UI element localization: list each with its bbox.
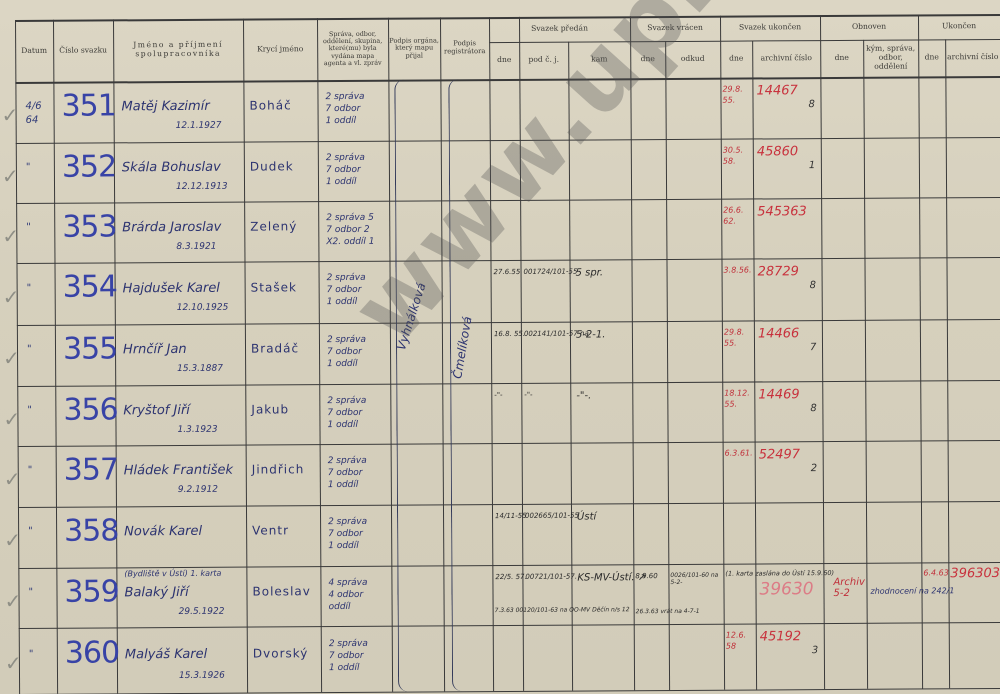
datum-cell: " xyxy=(26,161,46,175)
department-line: 1 oddíl xyxy=(328,479,359,491)
cover-name: Boháč xyxy=(249,99,291,113)
department-line: 1 oddíl xyxy=(327,419,358,431)
subheader-8: pod č. j. xyxy=(519,42,568,79)
predan-kam: Ústí xyxy=(577,511,596,522)
datum-cell: " xyxy=(27,343,47,357)
checkmark-icon: ✓ xyxy=(3,285,20,309)
cover-name: Ventr xyxy=(252,524,289,538)
header-jmeno: Jméno a příjmení spolupracovníka xyxy=(123,19,233,82)
datum-cell: " xyxy=(27,404,47,418)
collaborator-name: Novák Karel xyxy=(124,524,202,539)
archivni-cislo-sub: 7 xyxy=(810,342,816,353)
ukoncen-final-dne: 6.4.63 xyxy=(923,568,949,577)
cover-name: Dudek xyxy=(250,159,294,173)
collaborator-name: Hajdušek Karel xyxy=(123,280,220,296)
cover-name: Stašek xyxy=(251,280,297,294)
subheader-16: dne xyxy=(918,39,945,76)
checkmark-icon: ✓ xyxy=(2,103,19,127)
collaborator-name: Kryštof Jiří xyxy=(123,403,190,418)
vracen-dalsi: 26.3.63 vrát na 4-7-1 xyxy=(636,608,700,615)
header-podpis-registratora: Podpis registrátora xyxy=(440,17,489,79)
archivni-cislo: 28729 xyxy=(758,264,799,279)
predan-kam: 5-2-1. xyxy=(576,329,606,340)
cover-name: Bradáč xyxy=(251,342,299,356)
subheader-15: kým, správa, odbor, oddělení xyxy=(863,39,918,76)
ukoncen-final-poznamka: zhodnocení na 242/1 xyxy=(870,586,954,596)
svazek-number: 352 xyxy=(62,150,116,185)
department-line: 2 správa xyxy=(327,334,366,346)
header-svazek-predan: Svazek předán xyxy=(489,16,630,42)
datum-cell: " xyxy=(27,281,47,295)
predan-dne: 16.8. 55. xyxy=(494,330,525,338)
vracen-dne: 8.9.60 xyxy=(635,572,657,580)
predan-dne: 27.6.55 xyxy=(494,268,521,276)
department-line: 2 správa xyxy=(326,152,365,164)
archivni-cislo-sub: 2 xyxy=(811,463,817,474)
birth-date: 1.3.1923 xyxy=(177,424,217,434)
birth-date: 29.5.1922 xyxy=(179,606,225,616)
header-kryci-jmeno: Krycí jméno xyxy=(243,18,317,80)
ukoncen-dne: 6.3.61. xyxy=(725,448,753,459)
header-svazek-vracen: Svazek vrácen xyxy=(630,16,720,42)
department-line: 7 odbor 2 xyxy=(326,224,369,236)
collaborator-name: Brárda Jaroslav xyxy=(122,220,221,236)
department-line: 2 správa xyxy=(325,91,364,103)
collaborator-name: Hládek František xyxy=(124,463,233,479)
department-line: 2 správa xyxy=(328,516,367,528)
datum-cell: 4/6 64 xyxy=(25,100,45,128)
department-line: 7 odbor xyxy=(328,528,363,540)
department-line: 1 oddíl xyxy=(327,296,358,308)
archivni-cislo-sub: 8 xyxy=(810,403,816,414)
datum-cell: " xyxy=(29,648,49,662)
checkmark-icon: ✓ xyxy=(2,224,19,248)
ukoncen-final-archivni: 396303 xyxy=(950,566,1000,581)
cover-name: Jindřich xyxy=(252,463,305,477)
datum-cell: " xyxy=(28,586,48,600)
archivni-cislo-sub: 8 xyxy=(810,280,816,291)
birth-date: 12.1.1927 xyxy=(176,121,222,131)
collaborator-name: Balaký Jiří xyxy=(124,585,188,600)
predan-dne: 14/11-55 xyxy=(495,512,527,520)
ukoncen-dne: 18.12. 55. xyxy=(724,388,752,410)
svazek-number: 359 xyxy=(64,575,118,610)
predan-cislo-jednaci: 001724/101-55 xyxy=(524,268,578,276)
collaborator-name: Hrnčíř Jan xyxy=(123,342,187,357)
row-note: (Bydliště v Ústí) 1. karta xyxy=(124,569,221,579)
subheader-14: dne xyxy=(820,40,863,77)
ukoncen-dne: 12.6. 58 xyxy=(726,629,754,651)
subheader-10: dne xyxy=(630,41,665,78)
ukoncen-dne: 29.8. 55. xyxy=(724,327,752,349)
archivni-cislo: 14469 xyxy=(758,387,799,402)
archivni-cislo: 52497 xyxy=(759,447,800,462)
department-line: 7 odbor xyxy=(328,467,363,479)
archivni-cislo-sub: 3 xyxy=(812,645,818,656)
predan-kam: 5 spr. xyxy=(576,267,604,278)
svazek-number: 360 xyxy=(65,635,119,670)
subheader-11: odkud xyxy=(665,41,720,78)
predan-dne: -"- xyxy=(494,391,502,399)
svazek-number: 358 xyxy=(64,514,118,549)
department-line: 7 odbor xyxy=(326,103,361,115)
svazek-number: 354 xyxy=(63,270,117,305)
department-line: 2 správa xyxy=(329,638,368,650)
birth-date: 9.2.1912 xyxy=(178,485,218,495)
svazek-number: 356 xyxy=(63,393,117,428)
department-line: 7 odbor xyxy=(327,407,362,419)
subheader-9: kam xyxy=(568,41,630,78)
archivni-cislo: 545363 xyxy=(757,204,807,219)
department-line: 4 odbor xyxy=(328,589,363,601)
header-svazek-ukoncen: Svazek ukončen xyxy=(720,15,820,41)
predan-kam: -"-. xyxy=(576,390,591,401)
department-line: 7 odbor xyxy=(327,346,362,358)
checkmark-icon: ✓ xyxy=(3,407,20,431)
birth-date: 12.10.1925 xyxy=(177,303,229,313)
header-datum: Datum xyxy=(15,20,53,82)
department-line: 7 odbor xyxy=(326,164,361,176)
ukoncen-dne: 26.6. 62. xyxy=(723,205,751,227)
department-line: 1 oddíl xyxy=(326,115,357,127)
header-cislo-svazku: Číslo svazku xyxy=(53,19,113,81)
department-line: 7 odbor xyxy=(329,650,364,662)
datum-cell: " xyxy=(28,464,48,478)
predan-cislo-jednaci: 002665/101-55 xyxy=(525,512,579,520)
ukoncen-dne: 3.8.56. xyxy=(724,265,752,276)
register-table: DatumČíslo svazkuJméno a příjmení spolup… xyxy=(15,14,1000,694)
department-line: 1 oddíl xyxy=(327,358,358,370)
svazek-number: 353 xyxy=(62,210,116,245)
datum-cell: " xyxy=(26,221,46,235)
predan-cislo-jednaci: -"- xyxy=(524,391,532,399)
collaborator-name: Skála Bohuslav xyxy=(122,160,221,176)
checkmark-icon: ✓ xyxy=(4,528,21,552)
vracen-odkud: 0026/101-60 na 5-2- xyxy=(670,572,722,586)
archivni-cislo: 45192 xyxy=(760,629,801,644)
archivni-cislo-sub: 8 xyxy=(808,99,814,110)
header-sprava: Správa, odbor, oddělení, skupina, které(… xyxy=(319,18,386,80)
header-ukoncen: Ukončen xyxy=(918,14,1000,40)
svazek-number: 355 xyxy=(63,332,117,367)
collaborator-name: Matěj Kazimír xyxy=(121,99,209,115)
department-line: 2 správa xyxy=(327,272,366,284)
department-line: 1 oddíl xyxy=(328,540,359,552)
department-line: 2 správa xyxy=(327,395,366,407)
obnoven-kym: Archiv 5-2 xyxy=(833,577,873,599)
archivni-cislo: 14467 xyxy=(756,83,797,98)
archivni-cislo-sub: 1 xyxy=(809,160,815,171)
department-line: 1 oddíl xyxy=(326,176,357,188)
checkmark-icon: ✓ xyxy=(5,651,22,675)
predan-dalsi: 7.3.63 00120/101-63 na OO-MV Děčín n/s 1… xyxy=(495,606,630,614)
subheader-13: archivní číslo xyxy=(752,40,820,77)
header-podpis-organu: Podpis orgána, který mapu přijal xyxy=(388,17,440,79)
department-line: X2. oddíl 1 xyxy=(326,236,374,248)
collaborator-name: Malyáš Karel xyxy=(125,647,207,663)
checkmark-icon: ✓ xyxy=(4,589,21,613)
checkmark-icon: ✓ xyxy=(2,164,19,188)
cover-name: Dvorský xyxy=(253,646,309,660)
birth-date: 15.3.1887 xyxy=(177,364,223,374)
archivni-cislo: 45860 xyxy=(757,144,798,159)
ukoncen-poznamka: (1. karta zaslána do Ústí 15.9.60) xyxy=(725,569,834,578)
svazek-number: 351 xyxy=(61,89,115,124)
subheader-7: dne xyxy=(489,42,519,79)
department-line: 2 správa 5 xyxy=(326,212,374,224)
ledger-page: DatumČíslo svazkuJméno a příjmení spolup… xyxy=(0,0,1000,694)
archivni-cislo: 14466 xyxy=(758,326,799,341)
cover-name: Boleslav xyxy=(252,584,310,598)
cover-name: Zelený xyxy=(250,219,297,233)
department-line: 1 oddíl xyxy=(329,662,360,674)
predan-dne: 22/5. 57. xyxy=(495,573,526,581)
birth-date: 12.12.1913 xyxy=(176,181,228,191)
birth-date: 15.3.1926 xyxy=(179,670,225,680)
department-line: 4 správa xyxy=(328,577,367,589)
predan-cislo-jednaci: 00721/101-57. xyxy=(525,573,577,581)
subheader-17: archivní číslo xyxy=(945,39,1000,76)
department-line: oddíl xyxy=(329,601,351,613)
department-line: 2 správa xyxy=(328,455,367,467)
checkmark-icon: ✓ xyxy=(3,346,20,370)
checkmark-icon: ✓ xyxy=(4,467,21,491)
svazek-number: 357 xyxy=(64,453,118,488)
cover-name: Jakub xyxy=(251,402,289,416)
birth-date: 8.3.1921 xyxy=(176,241,216,251)
archivni-cislo: 39630 xyxy=(759,579,813,599)
ukoncen-dne: 30.5. 58. xyxy=(723,145,751,167)
datum-cell: " xyxy=(28,525,48,539)
subheader-12: dne xyxy=(720,40,752,77)
department-line: 7 odbor xyxy=(327,284,362,296)
header-obnoven: Obnoven xyxy=(820,14,918,40)
ukoncen-dne: 29.8. 55. xyxy=(722,84,750,106)
